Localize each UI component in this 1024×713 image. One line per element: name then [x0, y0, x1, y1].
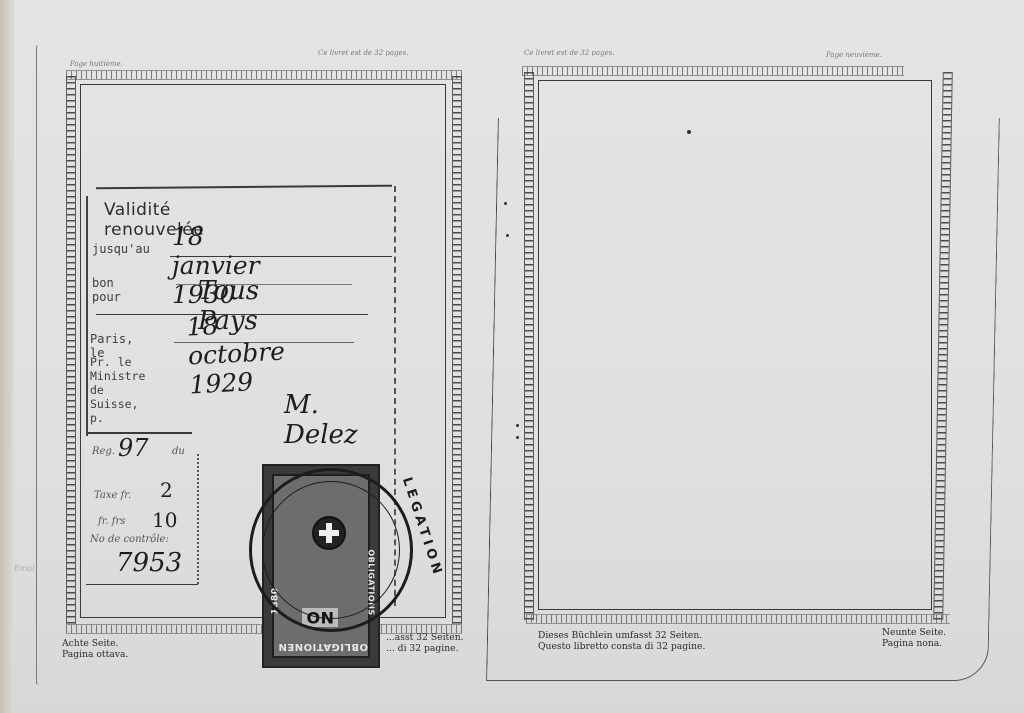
footer-line: Dieses Büchlein umfasst 32 Seiten. — [538, 630, 705, 641]
right-footer-right: Neunte Seite. Pagina nona. — [882, 627, 946, 649]
reg-label: Reg. — [92, 446, 115, 457]
margin-label: Emol. — [14, 564, 37, 573]
footer-line: Pagina ottava. — [62, 649, 128, 660]
issue-date-handwritten: 18 octobre 1929 — [186, 308, 287, 400]
binding-edge — [0, 0, 14, 713]
footer-line: ...asst 32 Seiten. — [386, 632, 464, 643]
valid-for-label: bon pour — [92, 276, 121, 304]
fee-box-right-edge — [197, 454, 199, 584]
fiscal-stamp-bottom-text: OBLIGATIONEN — [278, 641, 368, 652]
swiss-cross-icon — [312, 516, 346, 550]
until-label: jusqu'au — [92, 242, 150, 256]
footer-line: Neunte Seite. — [882, 627, 946, 638]
left-frame-top — [66, 70, 462, 80]
signature: M. Delez — [284, 390, 358, 450]
right-inner-box — [538, 80, 932, 610]
right-frame-bottom — [526, 614, 950, 624]
tax-handwritten: 2 — [160, 478, 173, 502]
francs-handwritten: 10 — [152, 508, 177, 532]
ink-speck — [687, 130, 691, 134]
reg-suffix: du — [172, 446, 185, 457]
fee-box-bottom-rule — [86, 584, 198, 585]
right-page-header-left: Ce livret est de 32 pages. — [524, 49, 615, 57]
minister-label: Pr. le Ministre de Suisse, p. — [90, 355, 145, 425]
reg-number-handwritten: 97 — [118, 434, 149, 462]
left-frame-left — [66, 76, 76, 624]
footer-line: Questo libretto consta di 32 pagine. — [538, 641, 705, 652]
left-footer-right: ...asst 32 Seiten. ... di 32 pagine. — [386, 632, 464, 654]
ink-speck — [506, 234, 509, 237]
footer-line: Achte Seite. — [62, 638, 128, 649]
footer-line: Pagina nona. — [882, 638, 946, 649]
seal-inner-ring — [262, 481, 400, 619]
right-footer-left: Dieses Büchlein umfasst 32 Seiten. Quest… — [538, 630, 705, 652]
ink-speck — [504, 202, 507, 205]
left-footer-left: Achte Seite. Pagina ottava. — [62, 638, 128, 660]
footer-line: ... di 32 pagine. — [386, 643, 464, 654]
left-page-header-right: Ce livret est de 32 pages. — [318, 49, 409, 57]
francs-label: fr. frs — [98, 516, 125, 527]
left-frame-right — [452, 76, 462, 624]
control-label: No de contrôle: — [90, 534, 169, 545]
ink-speck — [516, 436, 519, 439]
right-frame-left — [524, 72, 534, 620]
legation-seal — [249, 468, 413, 632]
left-page-header-left: Page huitième. — [70, 60, 123, 68]
right-frame-top — [522, 66, 904, 76]
stamp-left-edge — [86, 196, 88, 436]
right-page-header-right: Page neuvième. — [826, 51, 882, 59]
control-number-handwritten: 7953 — [116, 548, 182, 578]
tax-label: Taxe fr. — [94, 490, 131, 501]
ink-speck — [516, 424, 519, 427]
